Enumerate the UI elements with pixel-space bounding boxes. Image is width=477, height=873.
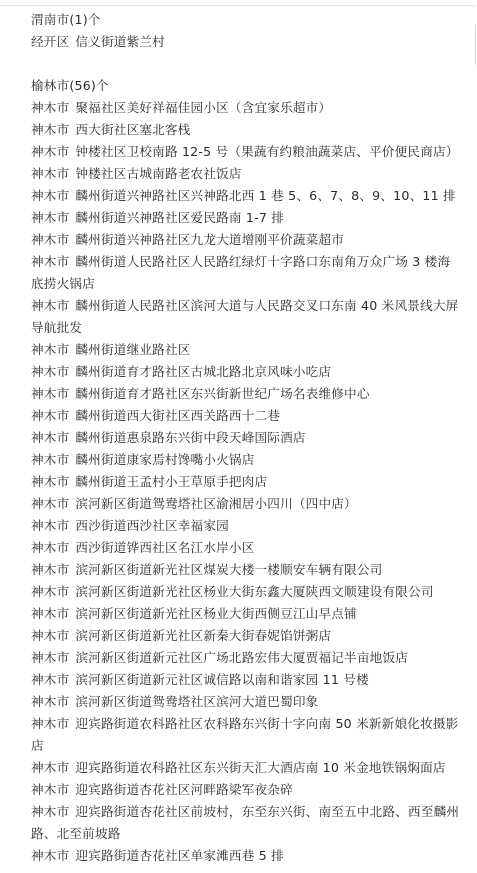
county-label: 神木市 xyxy=(31,474,69,489)
county-label: 神木市 xyxy=(31,298,69,313)
list-item: 神木市麟州街道育才路社区古城北路北京风味小吃店 xyxy=(31,361,461,383)
list-item: 神木市麟州街道人民路社区滨河大道与人民路交叉口东南 40 米风景线大屏导航批发 xyxy=(31,295,461,339)
county-label: 神木市 xyxy=(31,144,69,159)
county-label: 神木市 xyxy=(31,804,69,819)
county-label: 神木市 xyxy=(31,430,69,445)
county-label: 神木市 xyxy=(31,100,69,115)
address-text: 滨河新区街道新光社区杨业大街西侧豆江山早点铺 xyxy=(75,606,356,621)
spacer xyxy=(31,53,461,75)
address-text: 钟楼社区古城南路老农社饭店 xyxy=(75,166,241,181)
address-text: 迎宾路街道农科路社区东兴街天汇大酒店南 10 米金地铁锅焖面店 xyxy=(75,760,445,775)
top-divider xyxy=(0,5,476,6)
document-body: 渭南市(1)个 经开区信义街道紫兰村 榆林市(56)个 神木市聚福社区美好祥福佳… xyxy=(31,9,461,867)
address-text: 麟州街道兴神路社区爱民路南 1-7 排 xyxy=(75,210,284,225)
address-text: 滨河新区街道新元社区诚信路以南和谐家园 11 号楼 xyxy=(75,672,369,687)
list-item: 神木市迎宾路街道杏花社区前坡村，东至东兴街、南至五中北路、西至麟州路、北至前坡路 xyxy=(31,801,461,845)
county-label: 神木市 xyxy=(31,716,69,731)
list-item: 神木市滨河新区街道新光社区煤炭大楼一楼顺安车辆有限公司 xyxy=(31,559,461,581)
address-text: 麟州街道人民路社区人民路红绿灯十字路口东南角万众广场 3 楼海底捞火锅店 xyxy=(31,254,450,291)
list-item: 神木市麟州街道兴神路社区爱民路南 1-7 排 xyxy=(31,207,461,229)
address-text: 滨河新区街道鸳鸯塔社区渝湘居小四川（四中店） xyxy=(75,496,356,511)
list-item: 神木市迎宾路街道杏花社区河畔路梁军夜杂碎 xyxy=(31,779,461,801)
address-text: 滨河新区街道新光社区杨业大街东鑫大厦陕西文顺建设有限公司 xyxy=(75,584,433,599)
address-text: 迎宾路街道杏花社区河畔路梁军夜杂碎 xyxy=(75,782,293,797)
county-label: 神木市 xyxy=(31,606,69,621)
county-label: 神木市 xyxy=(31,694,69,709)
list-item: 神木市麟州街道康家焉村馋嘴小火锅店 xyxy=(31,449,461,471)
address-text: 迎宾路街道农科路社区农科路东兴街十字向南 50 米新新娘化妆摄影店 xyxy=(31,716,458,753)
list-item: 神木市西沙街道西沙社区幸福家园 xyxy=(31,515,461,537)
county-label: 经开区 xyxy=(31,34,69,49)
address-text: 滨河新区街道新光社区煤炭大楼一楼顺安车辆有限公司 xyxy=(75,562,382,577)
county-label: 神木市 xyxy=(31,232,69,247)
list-item: 神木市麟州街道人民路社区人民路红绿灯十字路口东南角万众广场 3 楼海底捞火锅店 xyxy=(31,251,461,295)
address-text: 聚福社区美好祥福佳园小区（含宜家乐超市） xyxy=(75,100,331,115)
list-item: 神木市麟州街道西大街社区西关路西十二巷 xyxy=(31,405,461,427)
address-text: 麟州街道人民路社区滨河大道与人民路交叉口东南 40 米风景线大屏导航批发 xyxy=(31,298,458,335)
county-label: 神木市 xyxy=(31,166,69,181)
list-item: 神木市滨河新区街道鸳鸯塔社区滨河大道巴蜀印象 xyxy=(31,691,461,713)
county-label: 神木市 xyxy=(31,782,69,797)
county-label: 神木市 xyxy=(31,210,69,225)
address-text: 滨河新区街道新光社区新秦大街春妮馅饼粥店 xyxy=(75,628,331,643)
county-label: 神木市 xyxy=(31,496,69,511)
county-label: 神木市 xyxy=(31,122,69,137)
yulin-entry-list: 神木市聚福社区美好祥福佳园小区（含宜家乐超市）神木市西大街社区塞北客栈神木市钟楼… xyxy=(31,97,461,867)
list-item: 神木市钟楼社区卫校南路 12-5 号（果蔬有约粮油蔬菜店、平价便民商店） xyxy=(31,141,461,163)
county-label: 神木市 xyxy=(31,452,69,467)
list-item: 神木市滨河新区街道新光社区杨业大街西侧豆江山早点铺 xyxy=(31,603,461,625)
address-text: 麟州街道王孟村小王草原手把肉店 xyxy=(75,474,267,489)
list-item: 神木市西大街社区塞北客栈 xyxy=(31,119,461,141)
county-label: 神木市 xyxy=(31,848,69,863)
address-text: 滨河新区街道鸳鸯塔社区滨河大道巴蜀印象 xyxy=(75,694,318,709)
address-text: 西沙街道西沙社区幸福家园 xyxy=(75,518,229,533)
address-text: 西沙街道铧西社区名江水岸小区 xyxy=(75,540,254,555)
list-item: 神木市滨河新区街道新元社区诚信路以南和谐家园 11 号楼 xyxy=(31,669,461,691)
address-text: 麟州街道育才路社区古城北路北京风味小吃店 xyxy=(75,364,331,379)
county-label: 神木市 xyxy=(31,562,69,577)
list-item: 神木市麟州街道继业路社区 xyxy=(31,339,461,361)
address-text: 滨河新区街道新元社区广场北路宏伟大厦贾福记半亩地饭店 xyxy=(75,650,408,665)
county-label: 神木市 xyxy=(31,408,69,423)
county-label: 神木市 xyxy=(31,672,69,687)
list-item: 神木市迎宾路街道农科路社区东兴街天汇大酒店南 10 米金地铁锅焖面店 xyxy=(31,757,461,779)
county-label: 神木市 xyxy=(31,628,69,643)
address-text: 麟州街道继业路社区 xyxy=(75,342,190,357)
county-label: 神木市 xyxy=(31,364,69,379)
address-text: 麟州街道兴神路社区兴神路北西 1 巷 5、6、7、8、9、10、11 排 xyxy=(75,188,455,203)
county-label: 神木市 xyxy=(31,386,69,401)
list-item: 神木市迎宾路街道杏花社区单家滩西巷 5 排 xyxy=(31,845,461,867)
list-item: 神木市麟州街道兴神路社区九龙大道增刚平价蔬菜超市 xyxy=(31,229,461,251)
list-item: 神木市麟州街道惠泉路东兴街中段天峰国际酒店 xyxy=(31,427,461,449)
address-text: 麟州街道康家焉村馋嘴小火锅店 xyxy=(75,452,254,467)
county-label: 神木市 xyxy=(31,518,69,533)
address-text: 信义街道紫兰村 xyxy=(75,34,165,49)
address-text: 迎宾路街道杏花社区单家滩西巷 5 排 xyxy=(75,848,284,863)
scrollbar-edge[interactable] xyxy=(475,25,476,65)
address-text: 迎宾路街道杏花社区前坡村，东至东兴街、南至五中北路、西至麟州路、北至前坡路 xyxy=(31,804,459,841)
list-item: 经开区信义街道紫兰村 xyxy=(31,31,461,53)
county-label: 神木市 xyxy=(31,760,69,775)
list-item: 神木市钟楼社区古城南路老农社饭店 xyxy=(31,163,461,185)
list-item: 神木市麟州街道育才路社区东兴街新世纪广场名表维修中心 xyxy=(31,383,461,405)
group-header-yulin: 榆林市(56)个 xyxy=(31,75,461,97)
county-label: 神木市 xyxy=(31,188,69,203)
county-label: 神木市 xyxy=(31,584,69,599)
address-text: 麟州街道惠泉路东兴街中段天峰国际酒店 xyxy=(75,430,305,445)
list-item: 神木市麟州街道兴神路社区兴神路北西 1 巷 5、6、7、8、9、10、11 排 xyxy=(31,185,461,207)
county-label: 神木市 xyxy=(31,540,69,555)
list-item: 神木市滨河新区街道鸳鸯塔社区渝湘居小四川（四中店） xyxy=(31,493,461,515)
list-item: 神木市麟州街道王孟村小王草原手把肉店 xyxy=(31,471,461,493)
address-text: 麟州街道兴神路社区九龙大道增刚平价蔬菜超市 xyxy=(75,232,344,247)
list-item: 神木市聚福社区美好祥福佳园小区（含宜家乐超市） xyxy=(31,97,461,119)
list-item: 神木市滨河新区街道新元社区广场北路宏伟大厦贾福记半亩地饭店 xyxy=(31,647,461,669)
list-item: 神木市西沙街道铧西社区名江水岸小区 xyxy=(31,537,461,559)
group-header-weinan: 渭南市(1)个 xyxy=(31,9,461,31)
address-text: 麟州街道西大街社区西关路西十二巷 xyxy=(75,408,280,423)
list-item: 神木市迎宾路街道农科路社区农科路东兴街十字向南 50 米新新娘化妆摄影店 xyxy=(31,713,461,757)
address-text: 钟楼社区卫校南路 12-5 号（果蔬有约粮油蔬菜店、平价便民商店） xyxy=(75,144,458,159)
address-text: 西大街社区塞北客栈 xyxy=(75,122,190,137)
list-item: 神木市滨河新区街道新光社区新秦大街春妮馅饼粥店 xyxy=(31,625,461,647)
county-label: 神木市 xyxy=(31,254,69,269)
address-text: 麟州街道育才路社区东兴街新世纪广场名表维修中心 xyxy=(75,386,369,401)
county-label: 神木市 xyxy=(31,650,69,665)
county-label: 神木市 xyxy=(31,342,69,357)
list-item: 神木市滨河新区街道新光社区杨业大街东鑫大厦陕西文顺建设有限公司 xyxy=(31,581,461,603)
